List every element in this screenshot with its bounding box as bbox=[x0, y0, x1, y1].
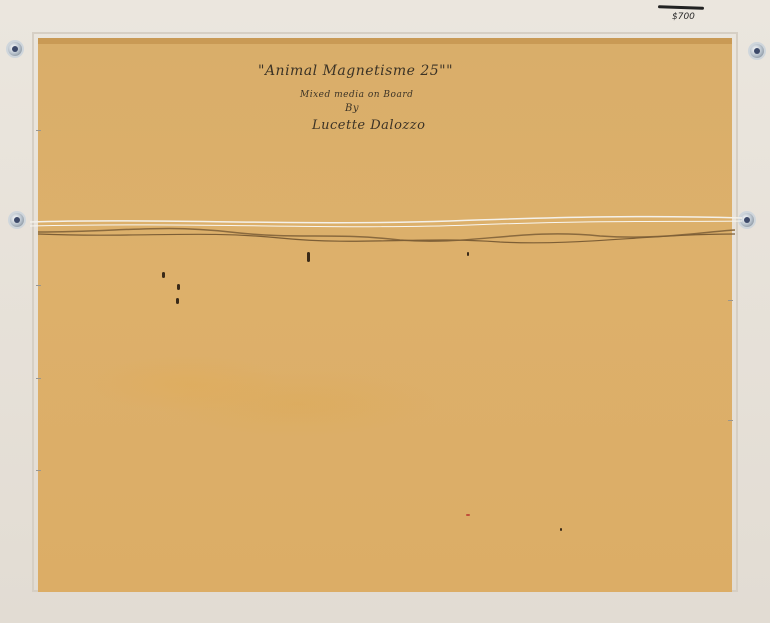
paint-spot bbox=[560, 528, 562, 531]
staple bbox=[36, 285, 41, 286]
staple bbox=[36, 470, 41, 471]
paint-spot bbox=[162, 272, 165, 278]
staple bbox=[728, 300, 733, 301]
artwork-medium: Mixed media on Board bbox=[300, 90, 413, 100]
artist-signature: Lucette Dalozzo bbox=[312, 118, 425, 133]
paint-spot bbox=[307, 252, 310, 262]
staple bbox=[728, 420, 733, 421]
paint-spot bbox=[467, 252, 469, 256]
paint-spot bbox=[177, 284, 180, 290]
staple bbox=[36, 378, 41, 379]
paint-spot bbox=[466, 514, 470, 516]
staple bbox=[36, 130, 41, 131]
artwork-by: By bbox=[345, 103, 359, 114]
painting-back-photo: $700 "Animal Magnetisme 25"" Mixed media… bbox=[0, 0, 770, 623]
paint-spot bbox=[176, 298, 179, 304]
artwork-title: "Animal Magnetisme 25"" bbox=[258, 63, 453, 79]
